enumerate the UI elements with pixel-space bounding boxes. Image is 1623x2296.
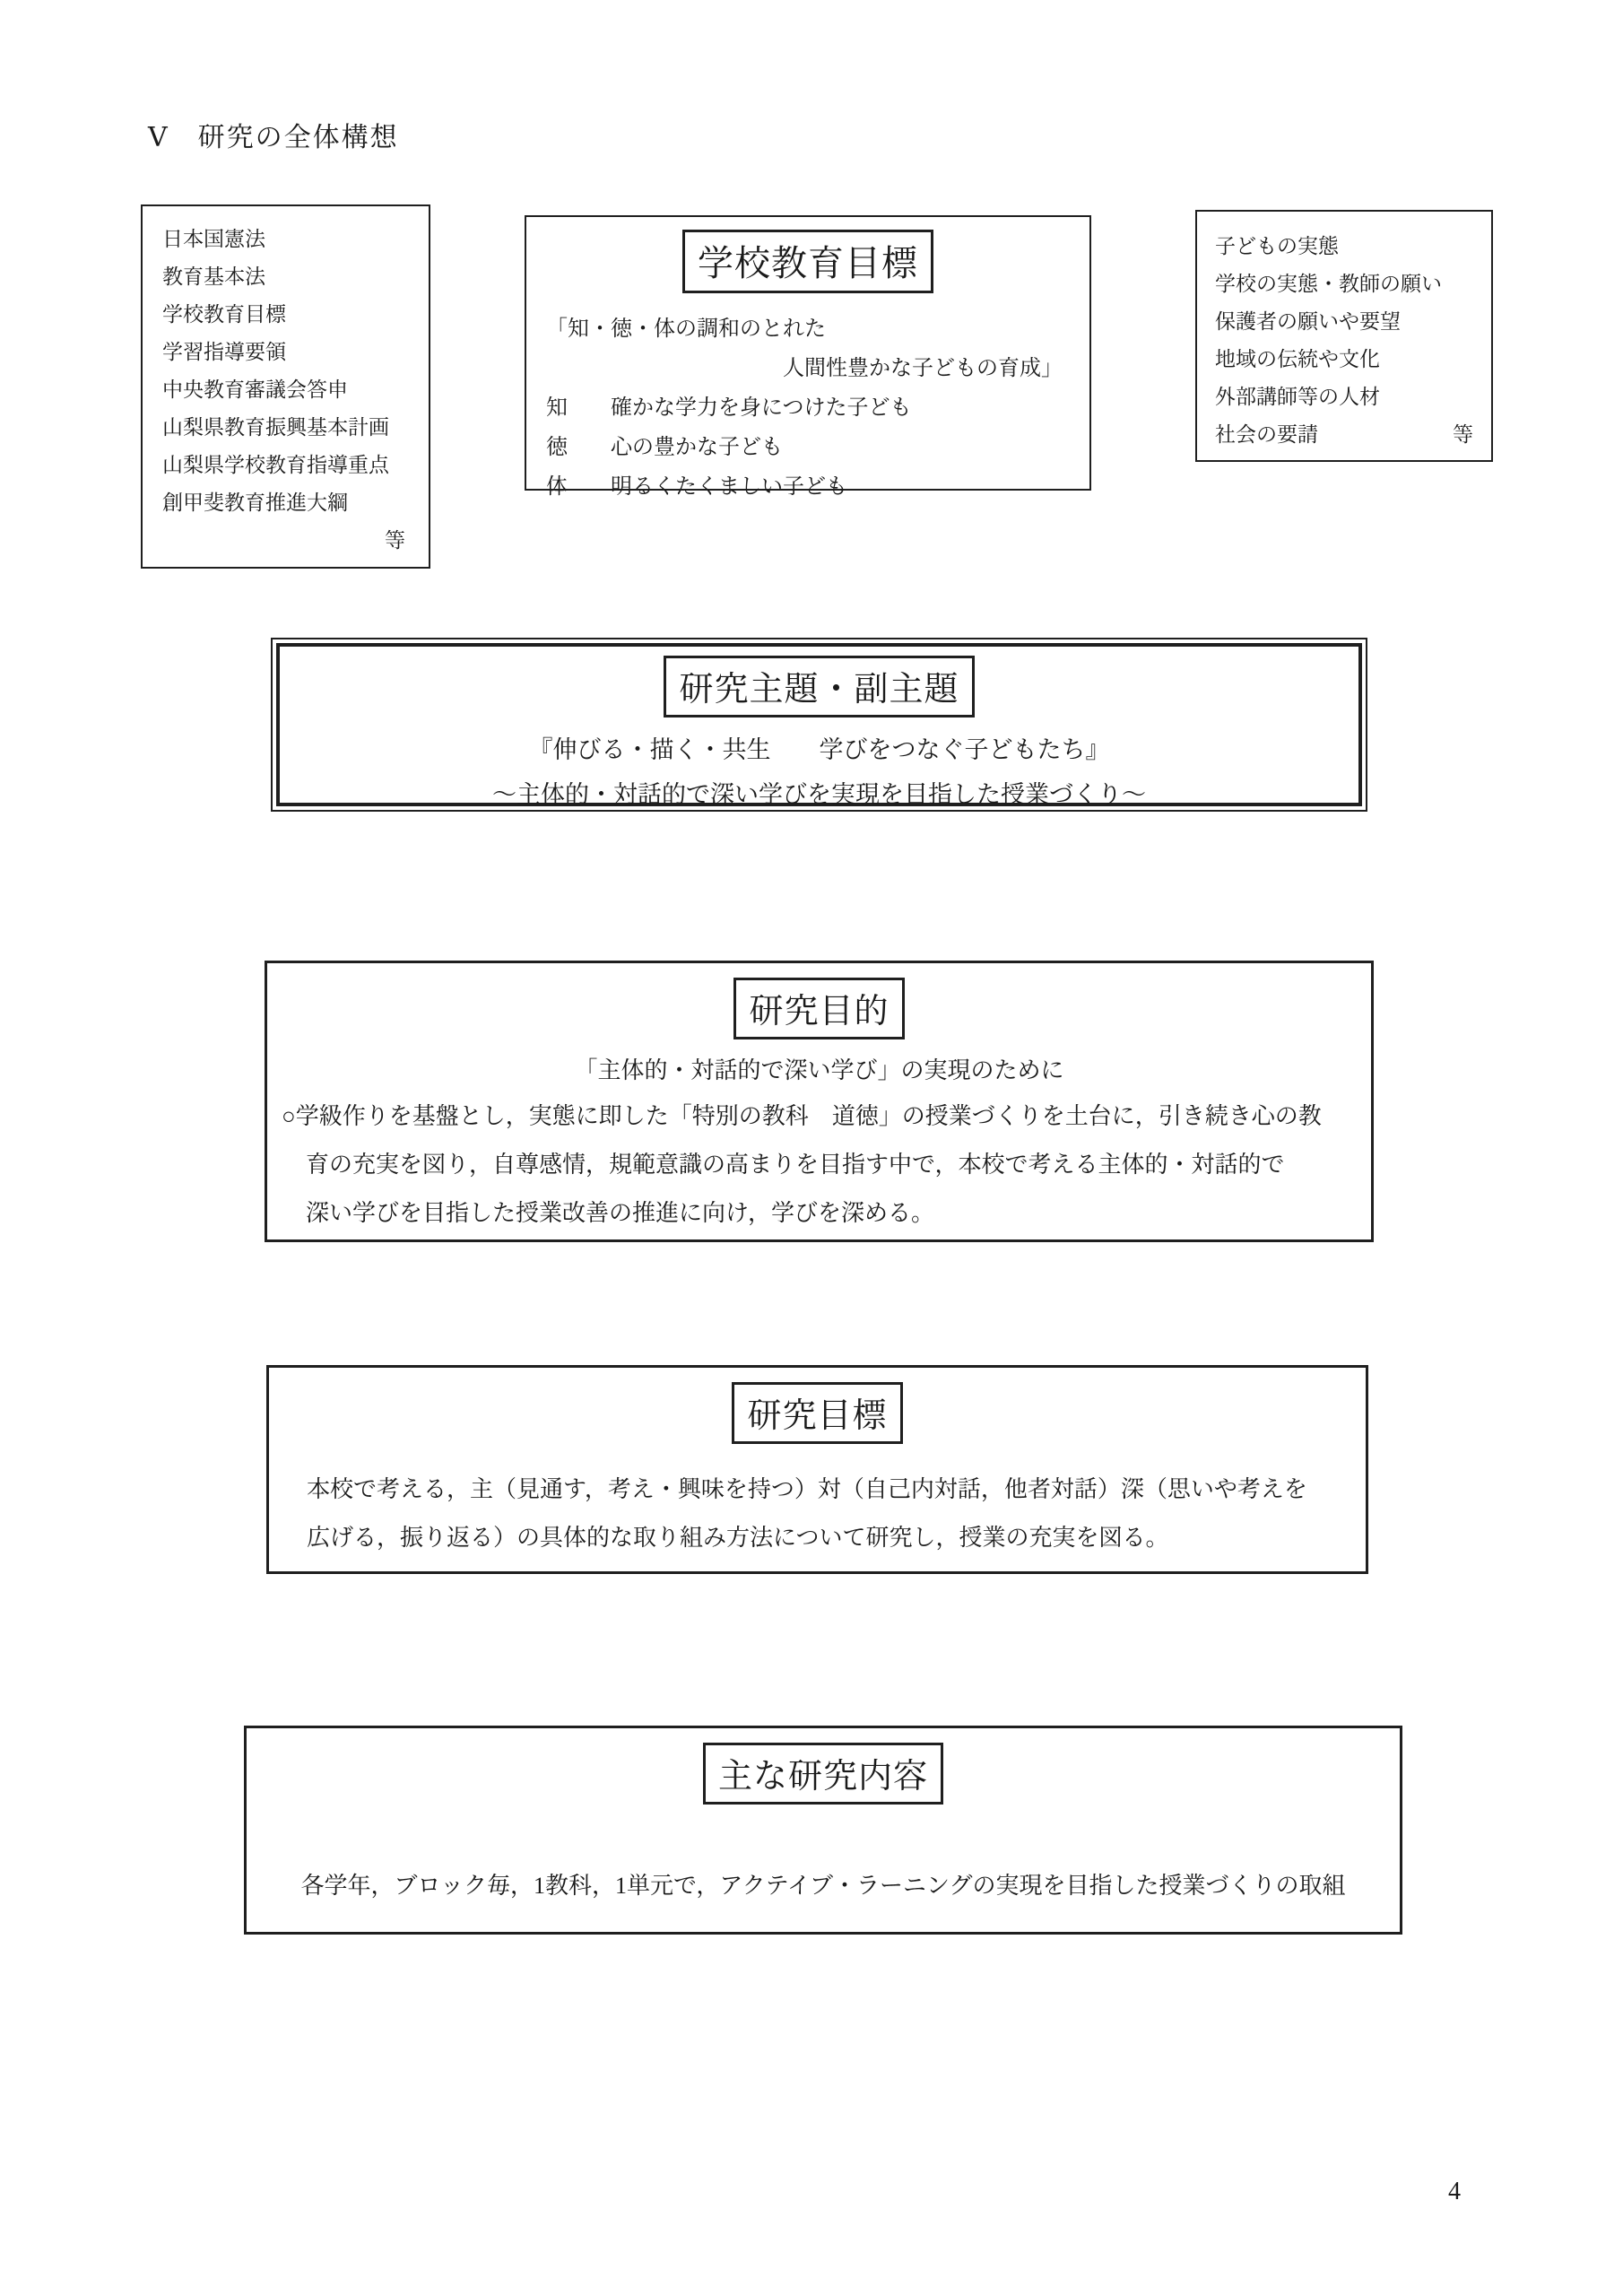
context-item: 子どもの実態 [1215, 228, 1473, 265]
goal-row-toku: 徳 心の豊かな子ども [546, 428, 1070, 467]
legal-sources-box: 日本国憲法 教育基本法 学校教育目標 学習指導要領 中央教育審議会答申 山梨県教… [141, 204, 430, 569]
section-title: 研究目標 [732, 1382, 902, 1444]
goal-body-line: 広げる，振り返る）の具体的な取り組み方法について研究し，授業の充実を図る。 [307, 1514, 1328, 1562]
legal-item: 山梨県学校教育指導重点 [162, 447, 409, 484]
content-body-text: 各学年，ブロック毎，1教科，1単元で，アクテイブ・ラーニングの実現を目指した授業… [247, 1867, 1400, 1900]
goal-row-tai: 体 明るくたくましい子ども [546, 467, 1070, 507]
legal-item: 中央教育審議会答申 [162, 371, 409, 409]
context-item: 学校の実態・教師の願い [1215, 265, 1473, 303]
legal-item: 山梨県教育振興基本計画 [162, 409, 409, 447]
context-item: 保護者の願いや要望 [1215, 303, 1473, 341]
section-title: 研究主題・副主題 [664, 656, 974, 717]
section-title-row: 研究主題・副主題 [280, 656, 1358, 717]
etc-label: 等 [162, 522, 409, 560]
purpose-body-line: 深い学びを目指した授業改善の推進に向け，学びを深める。 [282, 1189, 1357, 1238]
legal-item: 学習指導要領 [162, 334, 409, 371]
goal-quote-line-2: 人間性豊かな子どもの育成」 [546, 349, 1070, 388]
etc-label: 等 [1453, 416, 1473, 454]
goal-quote-line-1: 「知・徳・体の調和のとれた [546, 309, 1070, 349]
section-title-row: 学校教育目標 [546, 230, 1070, 293]
goal-text: 明るくたくましい子ども [611, 467, 847, 507]
research-goal-box: 研究目標 本校で考える，主（見通す，考え・興味を持つ）対（自己内対話，他者対話）… [266, 1365, 1368, 1574]
legal-item: 学校教育目標 [162, 296, 409, 334]
page-title: Ⅴ 研究の全体構想 [148, 115, 399, 154]
purpose-body-line: 育の充実を図り，自尊感情，規範意識の高まりを目指す中で，本校で考える主体的・対話… [282, 1141, 1357, 1189]
legal-item: 日本国憲法 [162, 221, 409, 258]
goal-row-chi: 知 確かな学力を身につけた子ども [546, 388, 1070, 428]
section-title: 研究目的 [733, 978, 904, 1039]
section-title-row: 研究目標 [269, 1382, 1366, 1444]
document-page: Ⅴ 研究の全体構想 日本国憲法 教育基本法 学校教育目標 学習指導要領 中央教育… [0, 0, 1623, 2296]
research-purpose-box: 研究目的 「主体的・対話的で深い学び」の実現のために ○学級作りを基盤とし，実態… [265, 961, 1374, 1242]
goal-text: 心の豊かな子ども [611, 428, 783, 467]
context-item-last-row: 社会の要請 等 [1215, 416, 1473, 454]
main-research-content-box: 主な研究内容 各学年，ブロック毎，1教科，1単元で，アクテイブ・ラーニングの実現… [244, 1726, 1402, 1935]
section-title: 学校教育目標 [682, 230, 933, 293]
research-theme-box: 研究主題・副主題 『伸びる・描く・共生 学びをつなぐ子どもたち』 ～主体的・対話… [271, 638, 1367, 812]
section-title-row: 主な研究内容 [247, 1743, 1400, 1805]
context-box: 子どもの実態 学校の実態・教師の願い 保護者の願いや要望 地域の伝統や文化 外部… [1195, 210, 1493, 462]
sub-theme-text: ～主体的・対話的で深い学びを実現を目指した授業づくり～ [280, 775, 1358, 810]
research-theme-box-inner: 研究主題・副主題 『伸びる・描く・共生 学びをつなぐ子どもたち』 ～主体的・対話… [276, 643, 1362, 806]
section-title-row: 研究目的 [267, 978, 1371, 1039]
context-item: 外部講師等の人材 [1215, 378, 1473, 416]
school-goal-content: 「知・徳・体の調和のとれた 人間性豊かな子どもの育成」 知 確かな学力を身につけ… [546, 309, 1070, 507]
goal-label: 体 [546, 467, 611, 507]
goal-body: 本校で考える，主（見通す，考え・興味を持つ）対（自己内対話，他者対話）深（思いや… [269, 1465, 1366, 1562]
goal-text: 確かな学力を身につけた子ども [611, 388, 912, 428]
legal-item: 教育基本法 [162, 258, 409, 296]
purpose-body: ○学級作りを基盤とし，実態に即した「特別の教科 道徳」の授業づくりを土台に，引き… [267, 1092, 1371, 1238]
section-title: 主な研究内容 [703, 1743, 943, 1805]
context-item: 地域の伝統や文化 [1215, 341, 1473, 378]
purpose-lead-text: 「主体的・対話的で深い学び」の実現のために [267, 1052, 1371, 1085]
goal-body-line: 本校で考える，主（見通す，考え・興味を持つ）対（自己内対話，他者対話）深（思いや… [307, 1465, 1328, 1514]
purpose-body-line: ○学級作りを基盤とし，実態に即した「特別の教科 道徳」の授業づくりを土台に，引き… [282, 1092, 1357, 1141]
page-number: 4 [1448, 2178, 1461, 2206]
main-theme-text: 『伸びる・描く・共生 学びをつなぐ子どもたち』 [280, 730, 1358, 765]
school-education-goal-box: 学校教育目標 「知・徳・体の調和のとれた 人間性豊かな子どもの育成」 知 確かな… [525, 215, 1091, 491]
goal-label: 知 [546, 388, 611, 428]
goal-label: 徳 [546, 428, 611, 467]
legal-item: 創甲斐教育推進大綱 [162, 484, 409, 522]
context-item: 社会の要請 [1215, 416, 1318, 454]
